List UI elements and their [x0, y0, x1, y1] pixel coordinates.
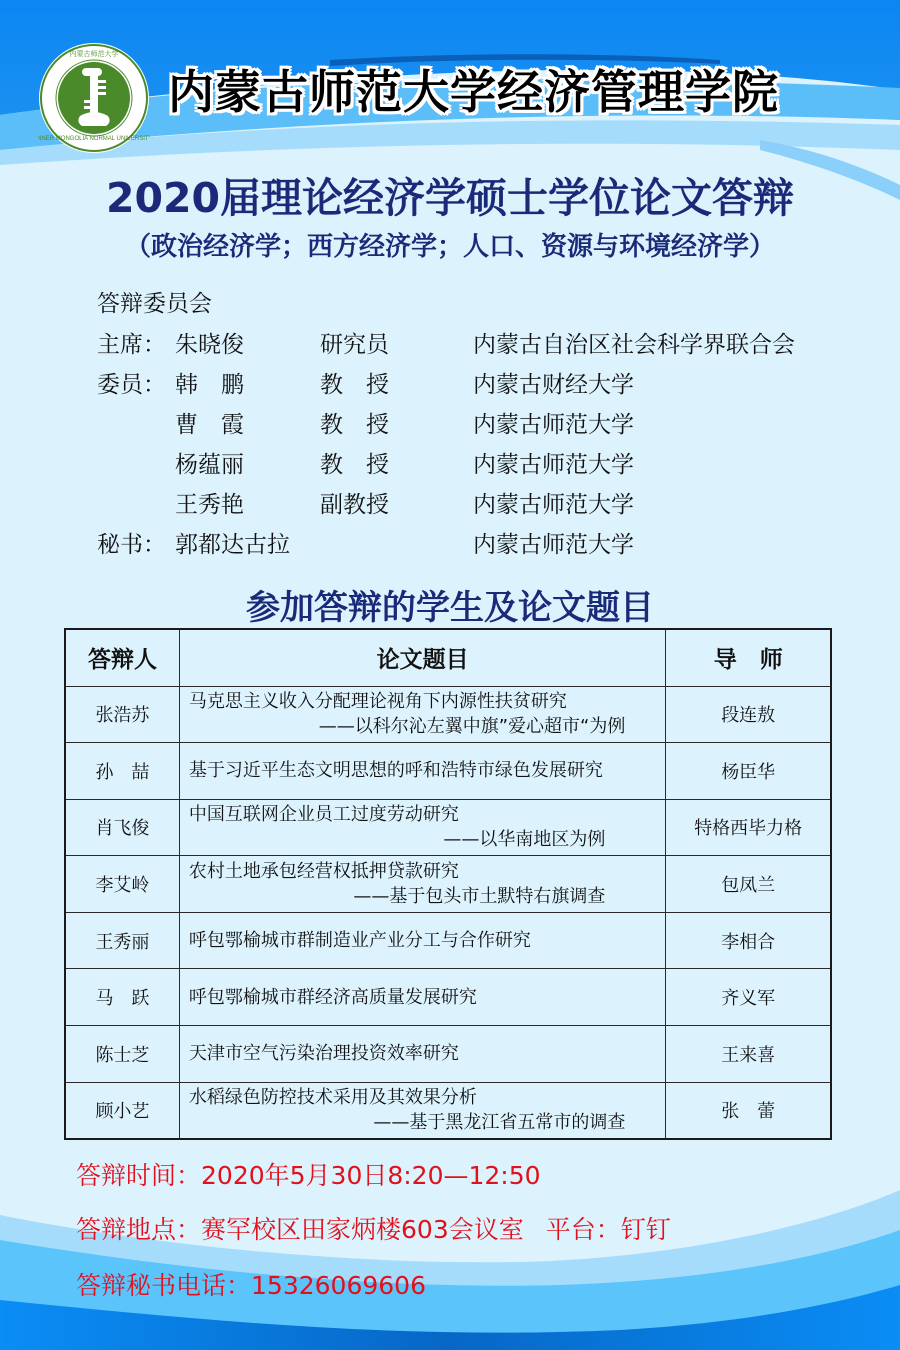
thesis-title-main: 水稻绿色防控技术采用及其效果分析: [189, 1085, 666, 1110]
table-row: 王秀丽 呼包鄂榆城市群制造业产业分工与合作研究 李相合: [65, 912, 831, 969]
thesis-title-main: 农村土地承包经营权抵押贷款研究: [189, 859, 666, 884]
member-title: 教 授: [320, 407, 389, 443]
platform-label: 平台：: [546, 1215, 621, 1244]
thesis-title: 马克思主义收入分配理论视角下内源性扶贫研究 ——以科尔沁左翼中旗”爱心超市“为例: [179, 686, 666, 743]
advisor-name: 齐义军: [666, 969, 831, 1026]
thesis-title-main: 马克思主义收入分配理论视角下内源性扶贫研究: [189, 689, 666, 714]
committee-member: 主席： 朱晓俊 研究员 内蒙古自治区社会科学界联合会: [97, 327, 212, 367]
place-label: 答辩地点：: [76, 1215, 201, 1244]
member-role: 主席：: [97, 327, 166, 363]
table-row: 孙 喆 基于习近平生态文明思想的呼和浩特市绿色发展研究 杨臣华: [65, 743, 831, 800]
table-row: 马 跃 呼包鄂榆城市群经济高质量发展研究 齐义军: [65, 969, 831, 1026]
time-value: 2020年5月30日8:20—12:50: [201, 1161, 541, 1190]
svg-text:INNER MONGOLIA NORMAL UNIVERSI: INNER MONGOLIA NORMAL UNIVERSITY: [38, 136, 150, 142]
event-subtitle: （政治经济学；西方经济学；人口、资源与环境经济学）: [0, 226, 900, 263]
table-row: 顾小艺 水稻绿色防控技术采用及其效果分析 ——基于黑龙江省五常市的调查 张 蕾: [65, 1082, 831, 1139]
header-advisor: 导 师: [666, 629, 831, 686]
student-name: 张浩苏: [65, 686, 179, 743]
defense-location: 答辩地点：赛罕校区田家炳楼603会议室平台：钉钉: [76, 1210, 671, 1246]
member-org: 内蒙古师范大学: [473, 447, 634, 483]
thesis-table: 答辩人 论文题目 导 师 张浩苏 马克思主义收入分配理论视角下内源性扶贫研究 —…: [64, 628, 832, 1140]
member-name: 曹 霞: [175, 407, 244, 443]
thesis-title-sub: ——基于黑龙江省五常市的调查: [189, 1110, 666, 1135]
committee-member: 委员： 韩 鹏 教 授 内蒙古财经大学: [97, 367, 212, 407]
advisor-name: 李相合: [666, 912, 831, 969]
thesis-title-sub: ——以华南地区为例: [189, 827, 666, 852]
thesis-title-sub: ——以科尔沁左翼中旗”爱心超市“为例: [189, 714, 666, 739]
advisor-name: 包凤兰: [666, 856, 831, 913]
thesis-title-main: 中国互联网企业员工过度劳动研究: [189, 802, 666, 827]
college-name: 内蒙古师范大学经济管理学院: [168, 56, 779, 122]
student-name: 顾小艺: [65, 1082, 179, 1139]
student-name: 马 跃: [65, 969, 179, 1026]
student-name: 肖飞俊: [65, 799, 179, 856]
member-name: 郭都达古拉: [175, 527, 290, 563]
member-org: 内蒙古财经大学: [473, 367, 634, 403]
thesis-title-sub: ——基于包头市土默特右旗调查: [189, 884, 666, 909]
poster: INNER MONGOLIA NORMAL UNIVERSITY 内蒙古师范大学…: [0, 0, 900, 1350]
table-row: 陈士芝 天津市空气污染治理投资效率研究 王来喜: [65, 1026, 831, 1083]
secretary-phone: 答辩秘书电话：15326069606: [76, 1266, 426, 1302]
table-row: 肖飞俊 中国互联网企业员工过度劳动研究 ——以华南地区为例 特格西毕力格: [65, 799, 831, 856]
advisor-name: 段连敖: [666, 686, 831, 743]
advisor-name: 王来喜: [666, 1026, 831, 1083]
header-student: 答辩人: [65, 629, 179, 686]
member-title: 研究员: [320, 327, 389, 363]
member-org: 内蒙古师范大学: [473, 527, 634, 563]
thesis-title: 中国互联网企业员工过度劳动研究 ——以华南地区为例: [179, 799, 666, 856]
committee-member: 王秀艳 副教授 内蒙古师范大学: [97, 487, 212, 527]
member-role: 委员：: [97, 367, 166, 403]
defense-time: 答辩时间：2020年5月30日8:20—12:50: [76, 1156, 541, 1192]
svg-text:内蒙古师范大学: 内蒙古师范大学: [70, 49, 119, 58]
advisor-name: 特格西毕力格: [666, 799, 831, 856]
committee-heading: 答辩委员会: [97, 287, 212, 327]
university-seal-icon: INNER MONGOLIA NORMAL UNIVERSITY 内蒙古师范大学: [38, 42, 150, 154]
event-title: 2020届理论经济学硕士学位论文答辩: [0, 165, 900, 224]
member-org: 内蒙古师范大学: [473, 487, 634, 523]
member-title: 教 授: [320, 367, 389, 403]
member-name: 朱晓俊: [175, 327, 244, 363]
advisor-name: 杨臣华: [666, 743, 831, 800]
student-name: 李艾岭: [65, 856, 179, 913]
member-name: 王秀艳: [175, 487, 244, 523]
member-org: 内蒙古自治区社会科学界联合会: [473, 327, 795, 363]
student-name: 孙 喆: [65, 743, 179, 800]
thesis-title: 天津市空气污染治理投资效率研究: [179, 1026, 666, 1083]
committee-member: 杨蕴丽 教 授 内蒙古师范大学: [97, 447, 212, 487]
thesis-title-main: 天津市空气污染治理投资效率研究: [189, 1041, 666, 1066]
time-label: 答辩时间：: [76, 1161, 201, 1190]
students-section-title: 参加答辩的学生及论文题目: [0, 580, 900, 629]
thesis-title: 水稻绿色防控技术采用及其效果分析 ——基于黑龙江省五常市的调查: [179, 1082, 666, 1139]
member-name: 杨蕴丽: [175, 447, 244, 483]
student-name: 王秀丽: [65, 912, 179, 969]
advisor-name: 张 蕾: [666, 1082, 831, 1139]
header-thesis-title: 论文题目: [179, 629, 666, 686]
thesis-title: 基于习近平生态文明思想的呼和浩特市绿色发展研究: [179, 743, 666, 800]
table-header-row: 答辩人 论文题目 导 师: [65, 629, 831, 686]
phone-label: 答辩秘书电话：: [76, 1271, 251, 1300]
table-row: 张浩苏 马克思主义收入分配理论视角下内源性扶贫研究 ——以科尔沁左翼中旗”爱心超…: [65, 686, 831, 743]
committee-secretary: 秘书： 郭都达古拉 内蒙古师范大学: [97, 527, 212, 567]
member-title: 教 授: [320, 447, 389, 483]
platform-value: 钉钉: [621, 1215, 671, 1244]
thesis-title-main: 基于习近平生态文明思想的呼和浩特市绿色发展研究: [189, 758, 666, 783]
committee-section: 答辩委员会 主席： 朱晓俊 研究员 内蒙古自治区社会科学界联合会 委员： 韩 鹏…: [97, 287, 212, 567]
table-row: 李艾岭 农村土地承包经营权抵押贷款研究 ——基于包头市土默特右旗调查 包凤兰: [65, 856, 831, 913]
phone-value: 15326069606: [251, 1271, 426, 1300]
thesis-title: 农村土地承包经营权抵押贷款研究 ——基于包头市土默特右旗调查: [179, 856, 666, 913]
member-role: 秘书：: [97, 527, 166, 563]
committee-member: 曹 霞 教 授 内蒙古师范大学: [97, 407, 212, 447]
member-org: 内蒙古师范大学: [473, 407, 634, 443]
thesis-title-main: 呼包鄂榆城市群制造业产业分工与合作研究: [189, 928, 666, 953]
place-value: 赛罕校区田家炳楼603会议室: [201, 1215, 524, 1244]
thesis-title: 呼包鄂榆城市群制造业产业分工与合作研究: [179, 912, 666, 969]
member-name: 韩 鹏: [175, 367, 244, 403]
thesis-title-main: 呼包鄂榆城市群经济高质量发展研究: [189, 985, 666, 1010]
member-title: 副教授: [320, 487, 389, 523]
student-name: 陈士芝: [65, 1026, 179, 1083]
thesis-title: 呼包鄂榆城市群经济高质量发展研究: [179, 969, 666, 1026]
